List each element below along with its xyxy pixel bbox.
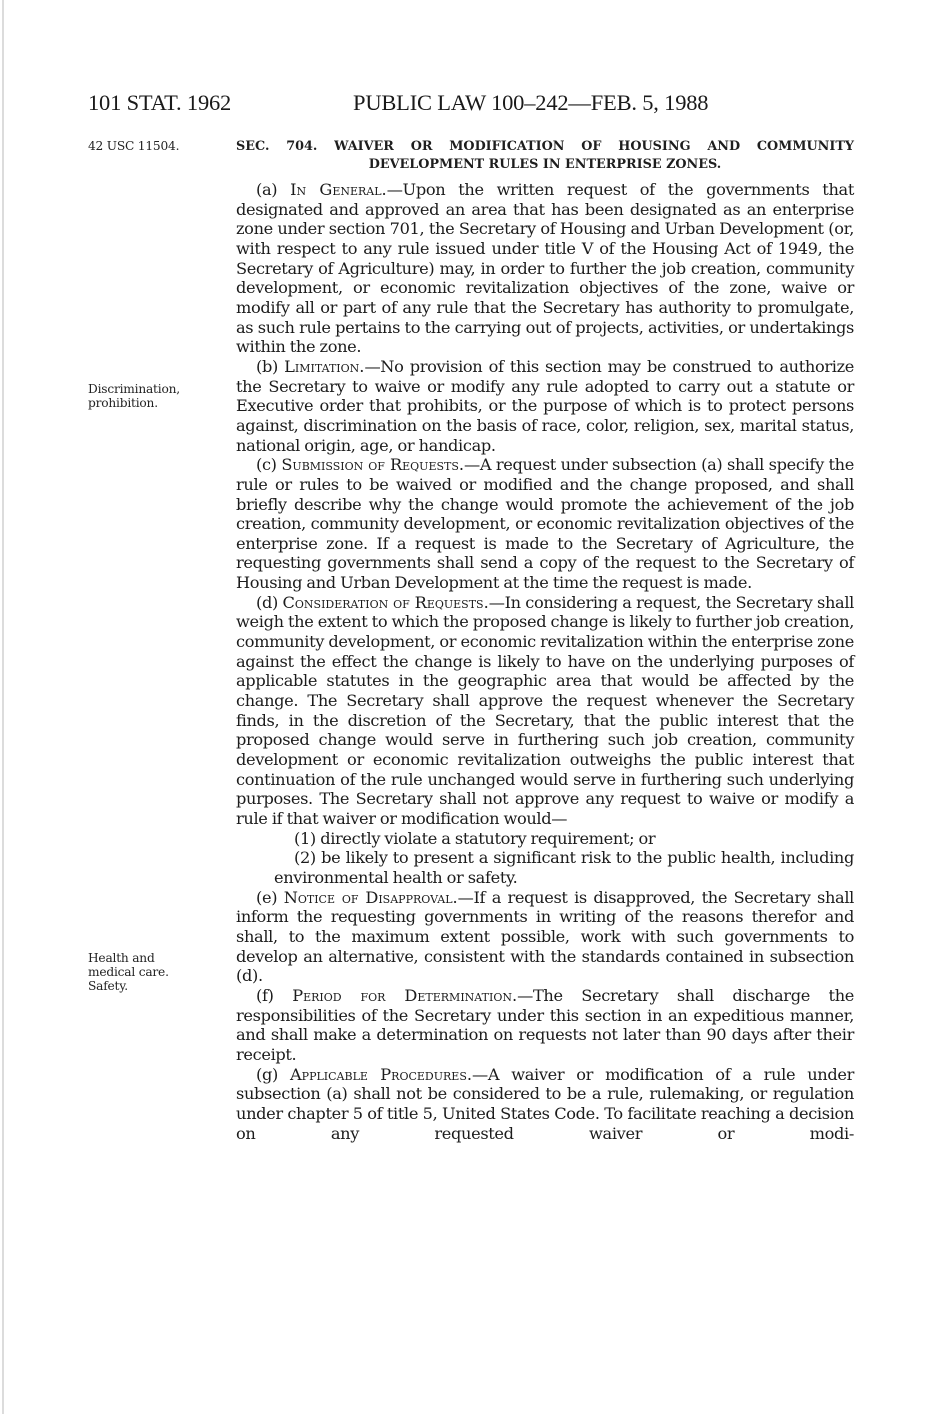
section-body: (a) In General.—Upon the written request… bbox=[236, 180, 854, 1143]
subsection-title: In General. bbox=[290, 180, 387, 199]
subsection-c: (c) Submission of Requests.—A request un… bbox=[236, 455, 854, 593]
subsection-label: (c) bbox=[256, 455, 277, 474]
subsection-label: (a) bbox=[256, 180, 277, 199]
margin-note-line: Safety. bbox=[88, 979, 128, 993]
subsection-label: (f) bbox=[256, 986, 274, 1005]
subsection-a: (a) In General.—Upon the written request… bbox=[236, 180, 854, 357]
margin-note-usc: 42 USC 11504. bbox=[88, 139, 179, 153]
margin-note-line: Health and bbox=[88, 951, 155, 965]
subsection-b: (b) Limitation.—No provision of this sec… bbox=[236, 357, 854, 455]
item-label: (2) bbox=[294, 848, 316, 867]
subsection-d: (d) Consideration of Requests.—In consid… bbox=[236, 593, 854, 829]
subsection-text: —Upon the written request of the governm… bbox=[236, 180, 854, 356]
margin-note-line: prohibition. bbox=[88, 396, 158, 410]
section-heading-line-1: SEC. 704. WAIVER OR MODIFICATION OF HOUS… bbox=[236, 138, 854, 156]
scan-edge-line bbox=[2, 0, 4, 1414]
paragraph-d-1: (1) directly violate a statutory require… bbox=[236, 829, 854, 849]
margin-note-health: Health and medical care. Safety. bbox=[88, 951, 169, 993]
running-head: 101 STAT. 1962 PUBLIC LAW 100–242—FEB. 5… bbox=[88, 90, 868, 116]
margin-note-line: medical care. bbox=[88, 965, 169, 979]
item-text: directly violate a statutory requirement… bbox=[320, 829, 655, 848]
margin-note-discrimination: Discrimination, prohibition. bbox=[88, 382, 180, 410]
item-text: be likely to present a significant risk … bbox=[274, 848, 854, 887]
subsection-label: (e) bbox=[256, 888, 277, 907]
section-heading: SEC. 704. WAIVER OR MODIFICATION OF HOUS… bbox=[236, 138, 854, 174]
subsection-label: (d) bbox=[256, 593, 278, 612]
law-title: PUBLIC LAW 100–242—FEB. 5, 1988 bbox=[353, 90, 708, 116]
subsection-title: Limitation. bbox=[284, 357, 364, 376]
subsection-title: Consideration of Requests. bbox=[283, 593, 489, 612]
subsection-text: —In considering a request, the Secretary… bbox=[236, 593, 854, 828]
subsection-title: Notice of Disapproval. bbox=[284, 888, 458, 907]
subsection-title: Period for Determination. bbox=[292, 986, 517, 1005]
subsection-label: (g) bbox=[256, 1065, 278, 1084]
margin-note-line: 42 USC 11504. bbox=[88, 139, 179, 153]
paragraph-d-2: (2) be likely to present a significant r… bbox=[236, 848, 854, 887]
subsection-g: (g) Applicable Procedures.—A waiver or m… bbox=[236, 1065, 854, 1144]
stat-citation: 101 STAT. 1962 bbox=[88, 90, 231, 116]
subsection-e: (e) Notice of Disapproval.—If a request … bbox=[236, 888, 854, 986]
subsection-title: Submission of Requests. bbox=[281, 455, 464, 474]
subsection-title: Applicable Procedures. bbox=[290, 1065, 472, 1084]
margin-note-line: Discrimination, bbox=[88, 382, 180, 396]
section-heading-line-2: DEVELOPMENT RULES IN ENTERPRISE ZONES. bbox=[236, 156, 854, 174]
subsection-text: —A request under subsection (a) shall sp… bbox=[236, 455, 854, 592]
subsection-f: (f) Period for Determination.—The Secret… bbox=[236, 986, 854, 1065]
item-label: (1) bbox=[294, 829, 316, 848]
subsection-label: (b) bbox=[256, 357, 278, 376]
